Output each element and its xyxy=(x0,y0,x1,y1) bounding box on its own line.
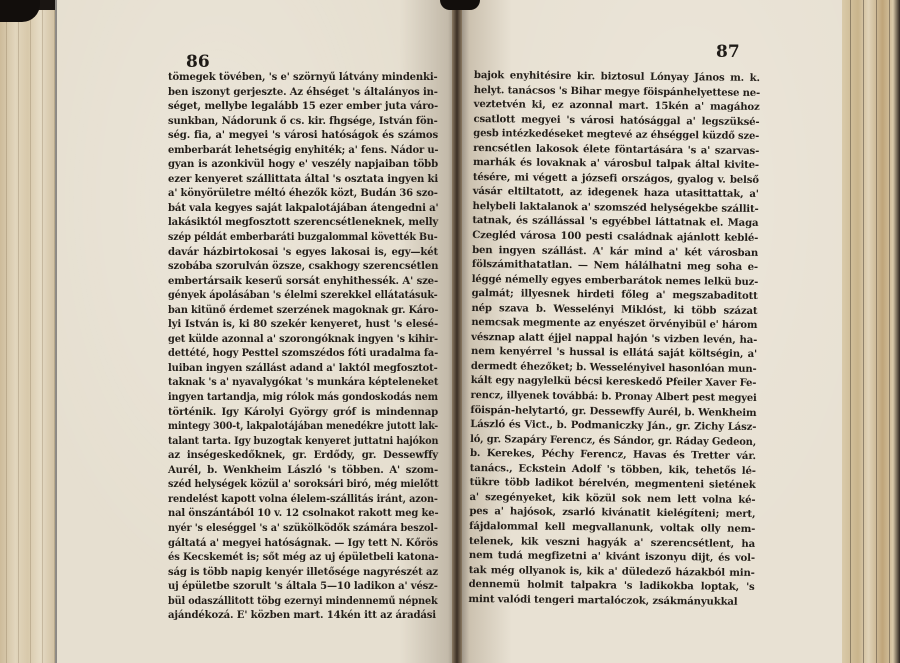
text-line: nal önszántából 10 v. 12 csolnakot rakot… xyxy=(168,507,438,522)
text-line: emberbarát lehetségig enyhiték; a' fens.… xyxy=(168,144,438,159)
text-line: ló, gr. Szapáry Ferencz, és Sándor, gr. … xyxy=(470,433,756,451)
text-line: széd helységek közül a' soroksári biró, … xyxy=(168,478,438,493)
page-number-left: 86 xyxy=(186,52,210,72)
text-line: gáltatá a' megyei hatóságnak. — Igy tett… xyxy=(168,537,438,552)
book-gutter xyxy=(452,0,462,663)
text-line: ajándékozá. E' közben mart. 14kén itt az… xyxy=(168,609,438,624)
text-line: dettété, hogy Pesttel szomszédos fóti ur… xyxy=(168,347,438,362)
text-line: talant tarta. Igy buzogtak kenyeret jutt… xyxy=(168,435,438,450)
left-page-edges xyxy=(0,10,62,663)
open-book: 86 87 tömegek tövében, 's e' szörnyű lát… xyxy=(0,0,900,663)
text-line: gesb intézkedéseket megtevé az éhséggel … xyxy=(473,127,759,145)
text-line: lakásiktól megfosztott szerencsétlenekne… xyxy=(168,216,438,231)
text-line: helyt. tanácsos 's Bihar megye föispánhe… xyxy=(474,84,760,102)
text-line: gények ápolásában 's élelmi szerekkel el… xyxy=(168,289,438,304)
text-line: léggé némelly egyes emberbarátok nemes l… xyxy=(472,273,758,291)
text-line: szép példát emberbaráti buzgalommal köve… xyxy=(168,231,438,246)
text-line: nemcsak megmente az enyészet örvényibül … xyxy=(471,316,757,334)
text-line: szobába szorulván özsze, csakhogy szeren… xyxy=(168,260,438,275)
text-line: ezer kenyeret szállittata által 's oszta… xyxy=(168,173,438,188)
text-line: ság is több napig kenyér illetősége nagy… xyxy=(168,566,438,581)
text-line: bát vala kegyes saját lakpalotájában áte… xyxy=(168,202,438,217)
text-line: embertársaik keserű sorsát enyhithessék.… xyxy=(168,275,438,290)
text-line: tömegek tövében, 's e' szörnyű látvány m… xyxy=(168,71,438,86)
right-page-text: bajok enyhitésire kir. biztosul Lónyay J… xyxy=(468,69,760,610)
text-line: mint valódi tengeri martalóczok, zsákmán… xyxy=(468,593,754,611)
text-line: luiban ingyen szállást adand a' laktól m… xyxy=(168,362,438,377)
text-line: az inségeskedőknek, gr. Erdődy, gr. Dess… xyxy=(168,449,438,464)
text-line: séget, mellybe legalább 15 ezer ember ju… xyxy=(168,100,438,115)
text-line: a' könyörületre méltó éhezők közt, Budán… xyxy=(168,187,438,202)
text-line: get külde azonnal a' szorongóknak ingyen… xyxy=(168,333,438,348)
text-line: gyan is azonkivül hogy e' veszély napjai… xyxy=(168,158,438,173)
text-line: történik. Igy Károlyi György gróf is min… xyxy=(168,406,438,421)
text-line: és Kecskemét is; sőt még az uj épületbel… xyxy=(168,551,438,566)
text-line: bül odaszállitott töbg ezernyi mindennem… xyxy=(168,595,438,610)
text-line: nyér 's eleséggel 's a' szükölködők szám… xyxy=(168,522,438,537)
text-line: ingyen tartandja, mig rólok más gondosko… xyxy=(168,391,438,406)
text-line: sunkban, Nádorunk ő cs. kir. fhgsége, Is… xyxy=(168,115,438,130)
text-line: rencz, illyenek továbbá: b. Pronay Alber… xyxy=(470,389,756,407)
text-line: uj épületbe szorult 's általa 5—10 ladik… xyxy=(168,580,438,595)
text-line: davár házbirtokosai 's egyes lakosai is,… xyxy=(168,246,438,261)
spine-top xyxy=(440,0,480,10)
text-line: ben iszonyt gerjeszte. Az éhséget 's ált… xyxy=(168,86,438,101)
text-line: rendelést kapott volna élelem-szállitás … xyxy=(168,493,438,508)
text-line: Aurél, b. Wenkheim László 's többen. A' … xyxy=(168,464,438,479)
page-number-right: 87 xyxy=(716,42,740,62)
text-line: ban kitünő érdemet szerzének magoknak gr… xyxy=(168,304,438,319)
left-page-text: tömegek tövében, 's e' szörnyű látvány m… xyxy=(168,71,438,624)
text-line: taknak 's a' nyavalygókat 's munkára kép… xyxy=(168,376,438,391)
text-line: mintegy 300-t, lakpalotájában menedékre … xyxy=(168,420,438,435)
text-line: ség. fia, a' megyei 's városi hatóságok … xyxy=(168,129,438,144)
text-line: lyi István is, ki 80 szekér kenyeret, hu… xyxy=(168,318,438,333)
